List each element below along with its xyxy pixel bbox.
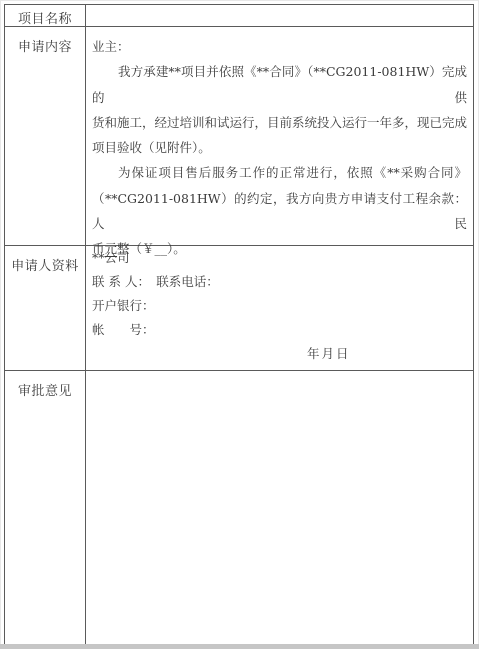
para1-line2: 货和施工，经过培训和试运行，目前系统投入运行一年多，现已完成 (92, 110, 467, 135)
para2-line1: 为保证项目售后服务工作的正常进行，依照《**采购合同》 (92, 160, 467, 185)
application-content-cell: 业主： 我方承建**项目并依照《**合同》（**CG2011-081HW）完成的… (86, 27, 473, 246)
para2-line2: （**CG2011-081HW）的约定，我方向贵方申请支付工程余款：人民 (92, 186, 467, 237)
project-name-cell (86, 5, 473, 27)
row-label-project-name: 项目名称 (5, 5, 86, 27)
row-label-application-content: 申请内容 (5, 27, 86, 246)
company-line: **公司 (92, 246, 467, 270)
page-cut-edge (0, 644, 479, 649)
salutation-line: 业主： (92, 34, 467, 59)
approval-opinion-cell (86, 371, 473, 644)
bank-line: 开户银行： (92, 294, 467, 318)
date-line: 年月日 (92, 342, 467, 366)
account-line: 帐 号： (92, 318, 467, 342)
form-table: 项目名称 申请内容 业主： 我方承建**项目并依照《**合同》（**CG2011… (4, 4, 474, 644)
row-label-approval-opinion: 审批意见 (5, 371, 86, 644)
row-label-applicant-info: 申请人资料 (5, 246, 86, 371)
contact-line: 联 系 人： 联系电话： (92, 270, 467, 294)
payment-request-form-page: 项目名称 申请内容 业主： 我方承建**项目并依照《**合同》（**CG2011… (0, 0, 479, 649)
applicant-info-cell: **公司 联 系 人： 联系电话： 开户银行： 帐 号： 年月日 (86, 246, 473, 371)
para1-line1: 我方承建**项目并依照《**合同》（**CG2011-081HW）完成的供 (92, 59, 467, 110)
para1-line3: 项目验收（见附件）。 (92, 135, 467, 160)
